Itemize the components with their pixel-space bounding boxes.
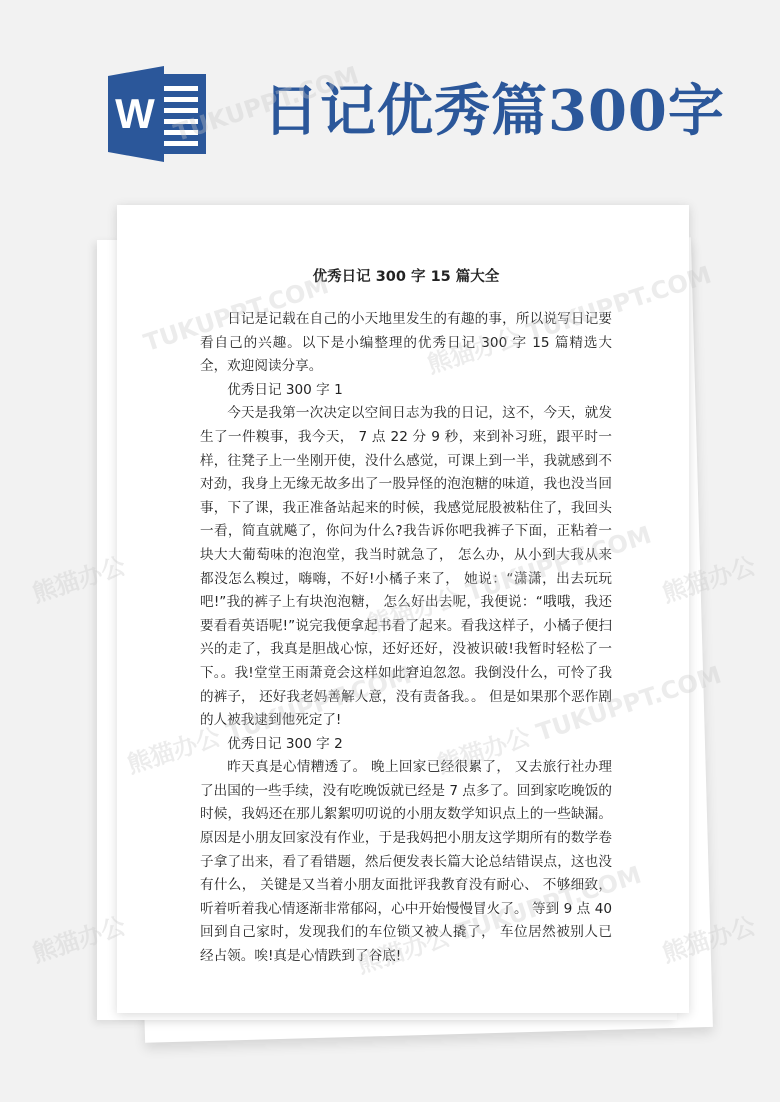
svg-text:W: W <box>115 90 155 137</box>
section-body-2: 昨天真是心情糟透了。 晚上回家已经很累了， 又去旅行社办理了出国的一些手续，没有… <box>200 756 612 968</box>
page-header: W 日记优秀篇300字 <box>108 66 668 162</box>
section-title-2: 优秀日记 300 字 2 <box>200 733 612 757</box>
intro-paragraph: 日记是记载在自己的小天地里发生的有趣的事，所以说写日记要看自己的兴趣。以下是小编… <box>200 308 612 379</box>
word-doc-icon: W <box>108 66 208 162</box>
section-body-1: 今天是我第一次决定以空间日志为我的日记，这不，今天，就发生了一件糗事，我今天， … <box>200 402 612 732</box>
document-title-banner: 日记优秀篇300字 <box>263 76 725 146</box>
document-content: 优秀日记 300 字 15 篇大全 日记是记载在自己的小天地里发生的有趣的事，所… <box>200 267 612 969</box>
section-title-1: 优秀日记 300 字 1 <box>200 379 612 403</box>
document-heading: 优秀日记 300 字 15 篇大全 <box>200 267 612 287</box>
document-page: 优秀日记 300 字 15 篇大全 日记是记载在自己的小天地里发生的有趣的事，所… <box>117 205 689 1013</box>
